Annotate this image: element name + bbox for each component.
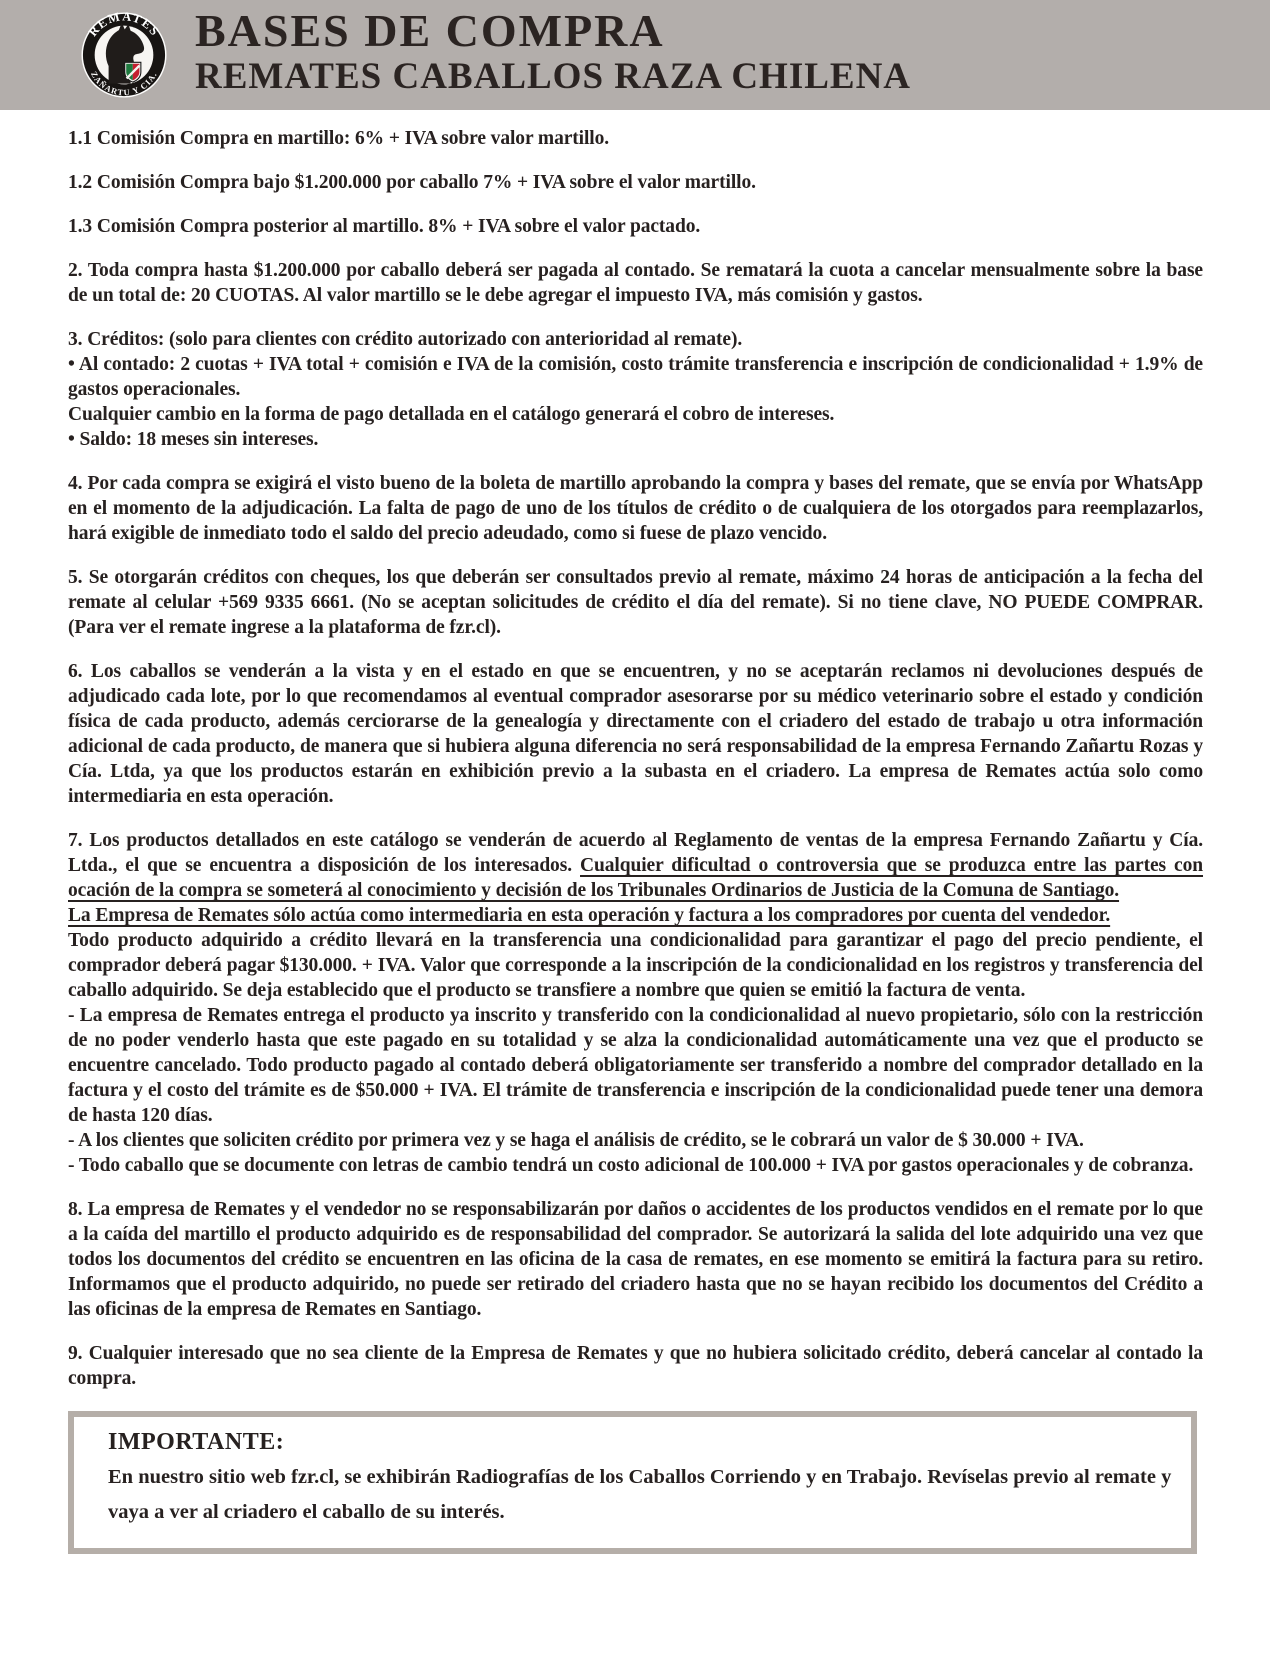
paragraph: La Empresa de Remates sólo actúa como in… [68,903,1203,928]
paragraph: 4. Por cada compra se exigirá el visto b… [68,471,1203,546]
text-run: 1.1 Comisión Compra en martillo: 6% + IV… [68,128,609,149]
paragraph: 6. Los caballos se venderán a la vista y… [68,659,1203,809]
section-5: 5. Se otorgarán créditos con cheques, lo… [68,565,1203,640]
text-run: 4. Por cada compra se exigirá el visto b… [68,473,1203,544]
text-run: • Al contado: 2 cuotas + IVA total + com… [68,354,1203,400]
paragraph: • Al contado: 2 cuotas + IVA total + com… [68,352,1203,402]
paragraph: • Saldo: 18 meses sin intereses. [68,427,1203,452]
paragraph: 2. Toda compra hasta $1.200.000 por caba… [68,258,1203,308]
text-run: 2. Toda compra hasta $1.200.000 por caba… [68,260,1203,306]
document-body: 1.1 Comisión Compra en martillo: 6% + IV… [0,110,1270,1391]
section-3: 3. Créditos: (solo para clientes con cré… [68,327,1203,452]
text-run: 5. Se otorgarán créditos con cheques, lo… [68,567,1203,638]
page-title: BASES DE COMPRA [195,6,911,56]
paragraph: 5. Se otorgarán créditos con cheques, lo… [68,565,1203,640]
shield-icon [125,62,141,82]
section-1.1: 1.1 Comisión Compra en martillo: 6% + IV… [68,126,1203,151]
section-9: 9. Cualquier interesado que no sea clien… [68,1341,1203,1391]
text-run: 1.2 Comisión Compra bajo $1.200.000 por … [68,172,756,193]
paragraph: 7. Los productos detallados en este catá… [68,828,1203,903]
underlined-text-run: La Empresa de Remates sólo actúa como in… [68,905,1110,926]
paragraph: Todo producto adquirido a crédito llevar… [68,928,1203,1003]
paragraph: 1.1 Comisión Compra en martillo: 6% + IV… [68,126,1203,151]
text-run: 3. Créditos: (solo para clientes con cré… [68,329,742,350]
text-run: • Saldo: 18 meses sin intereses. [68,429,318,450]
header-titles: BASES DE COMPRA REMATES CABALLOS RAZA CH… [195,6,911,98]
text-run: Cualquier cambio en la forma de pago det… [68,404,834,425]
text-run: - A los clientes que soliciten crédito p… [68,1130,1084,1151]
paragraph: 1.2 Comisión Compra bajo $1.200.000 por … [68,170,1203,195]
paragraph: 3. Créditos: (solo para clientes con cré… [68,327,1203,352]
section-1.2: 1.2 Comisión Compra bajo $1.200.000 por … [68,170,1203,195]
section-7: 7. Los productos detallados en este catá… [68,828,1203,1178]
important-box-body: En nuestro sitio web fzr.cl, se exhibirá… [108,1460,1175,1530]
text-run: - Todo caballo que se documente con letr… [68,1155,1193,1176]
page-subtitle: REMATES CABALLOS RAZA CHILENA [195,56,911,98]
text-run: 9. Cualquier interesado que no sea clien… [68,1343,1203,1389]
text-run: 8. La empresa de Remates y el vendedor n… [68,1199,1203,1320]
remates-zanartu-logo: REMATES ZAÑARTU Y CIA. [80,11,168,99]
header-band: REMATES ZAÑARTU Y CIA. BASES DE COMPRA R… [0,0,1270,110]
important-box-title: IMPORTANTE: [108,1429,1175,1456]
text-run: 6. Los caballos se venderán a la vista y… [68,661,1203,807]
text-run: - La empresa de Remates entrega el produ… [68,1005,1203,1126]
text-run: 1.3 Comisión Compra posterior al martill… [68,216,700,237]
paragraph: Cualquier cambio en la forma de pago det… [68,402,1203,427]
section-4: 4. Por cada compra se exigirá el visto b… [68,471,1203,546]
paragraph: - A los clientes que soliciten crédito p… [68,1128,1203,1153]
section-8: 8. La empresa de Remates y el vendedor n… [68,1197,1203,1322]
important-box: IMPORTANTE: En nuestro sitio web fzr.cl,… [68,1411,1197,1554]
paragraph: - La empresa de Remates entrega el produ… [68,1003,1203,1128]
text-run: Todo producto adquirido a crédito llevar… [68,930,1203,1001]
section-2: 2. Toda compra hasta $1.200.000 por caba… [68,258,1203,308]
paragraph: - Todo caballo que se documente con letr… [68,1153,1203,1178]
paragraph: 9. Cualquier interesado que no sea clien… [68,1341,1203,1391]
section-6: 6. Los caballos se venderán a la vista y… [68,659,1203,809]
paragraph: 8. La empresa de Remates y el vendedor n… [68,1197,1203,1322]
paragraph: 1.3 Comisión Compra posterior al martill… [68,214,1203,239]
section-1.3: 1.3 Comisión Compra posterior al martill… [68,214,1203,239]
document-page: REMATES ZAÑARTU Y CIA. BASES DE COMPRA R… [0,0,1270,1654]
